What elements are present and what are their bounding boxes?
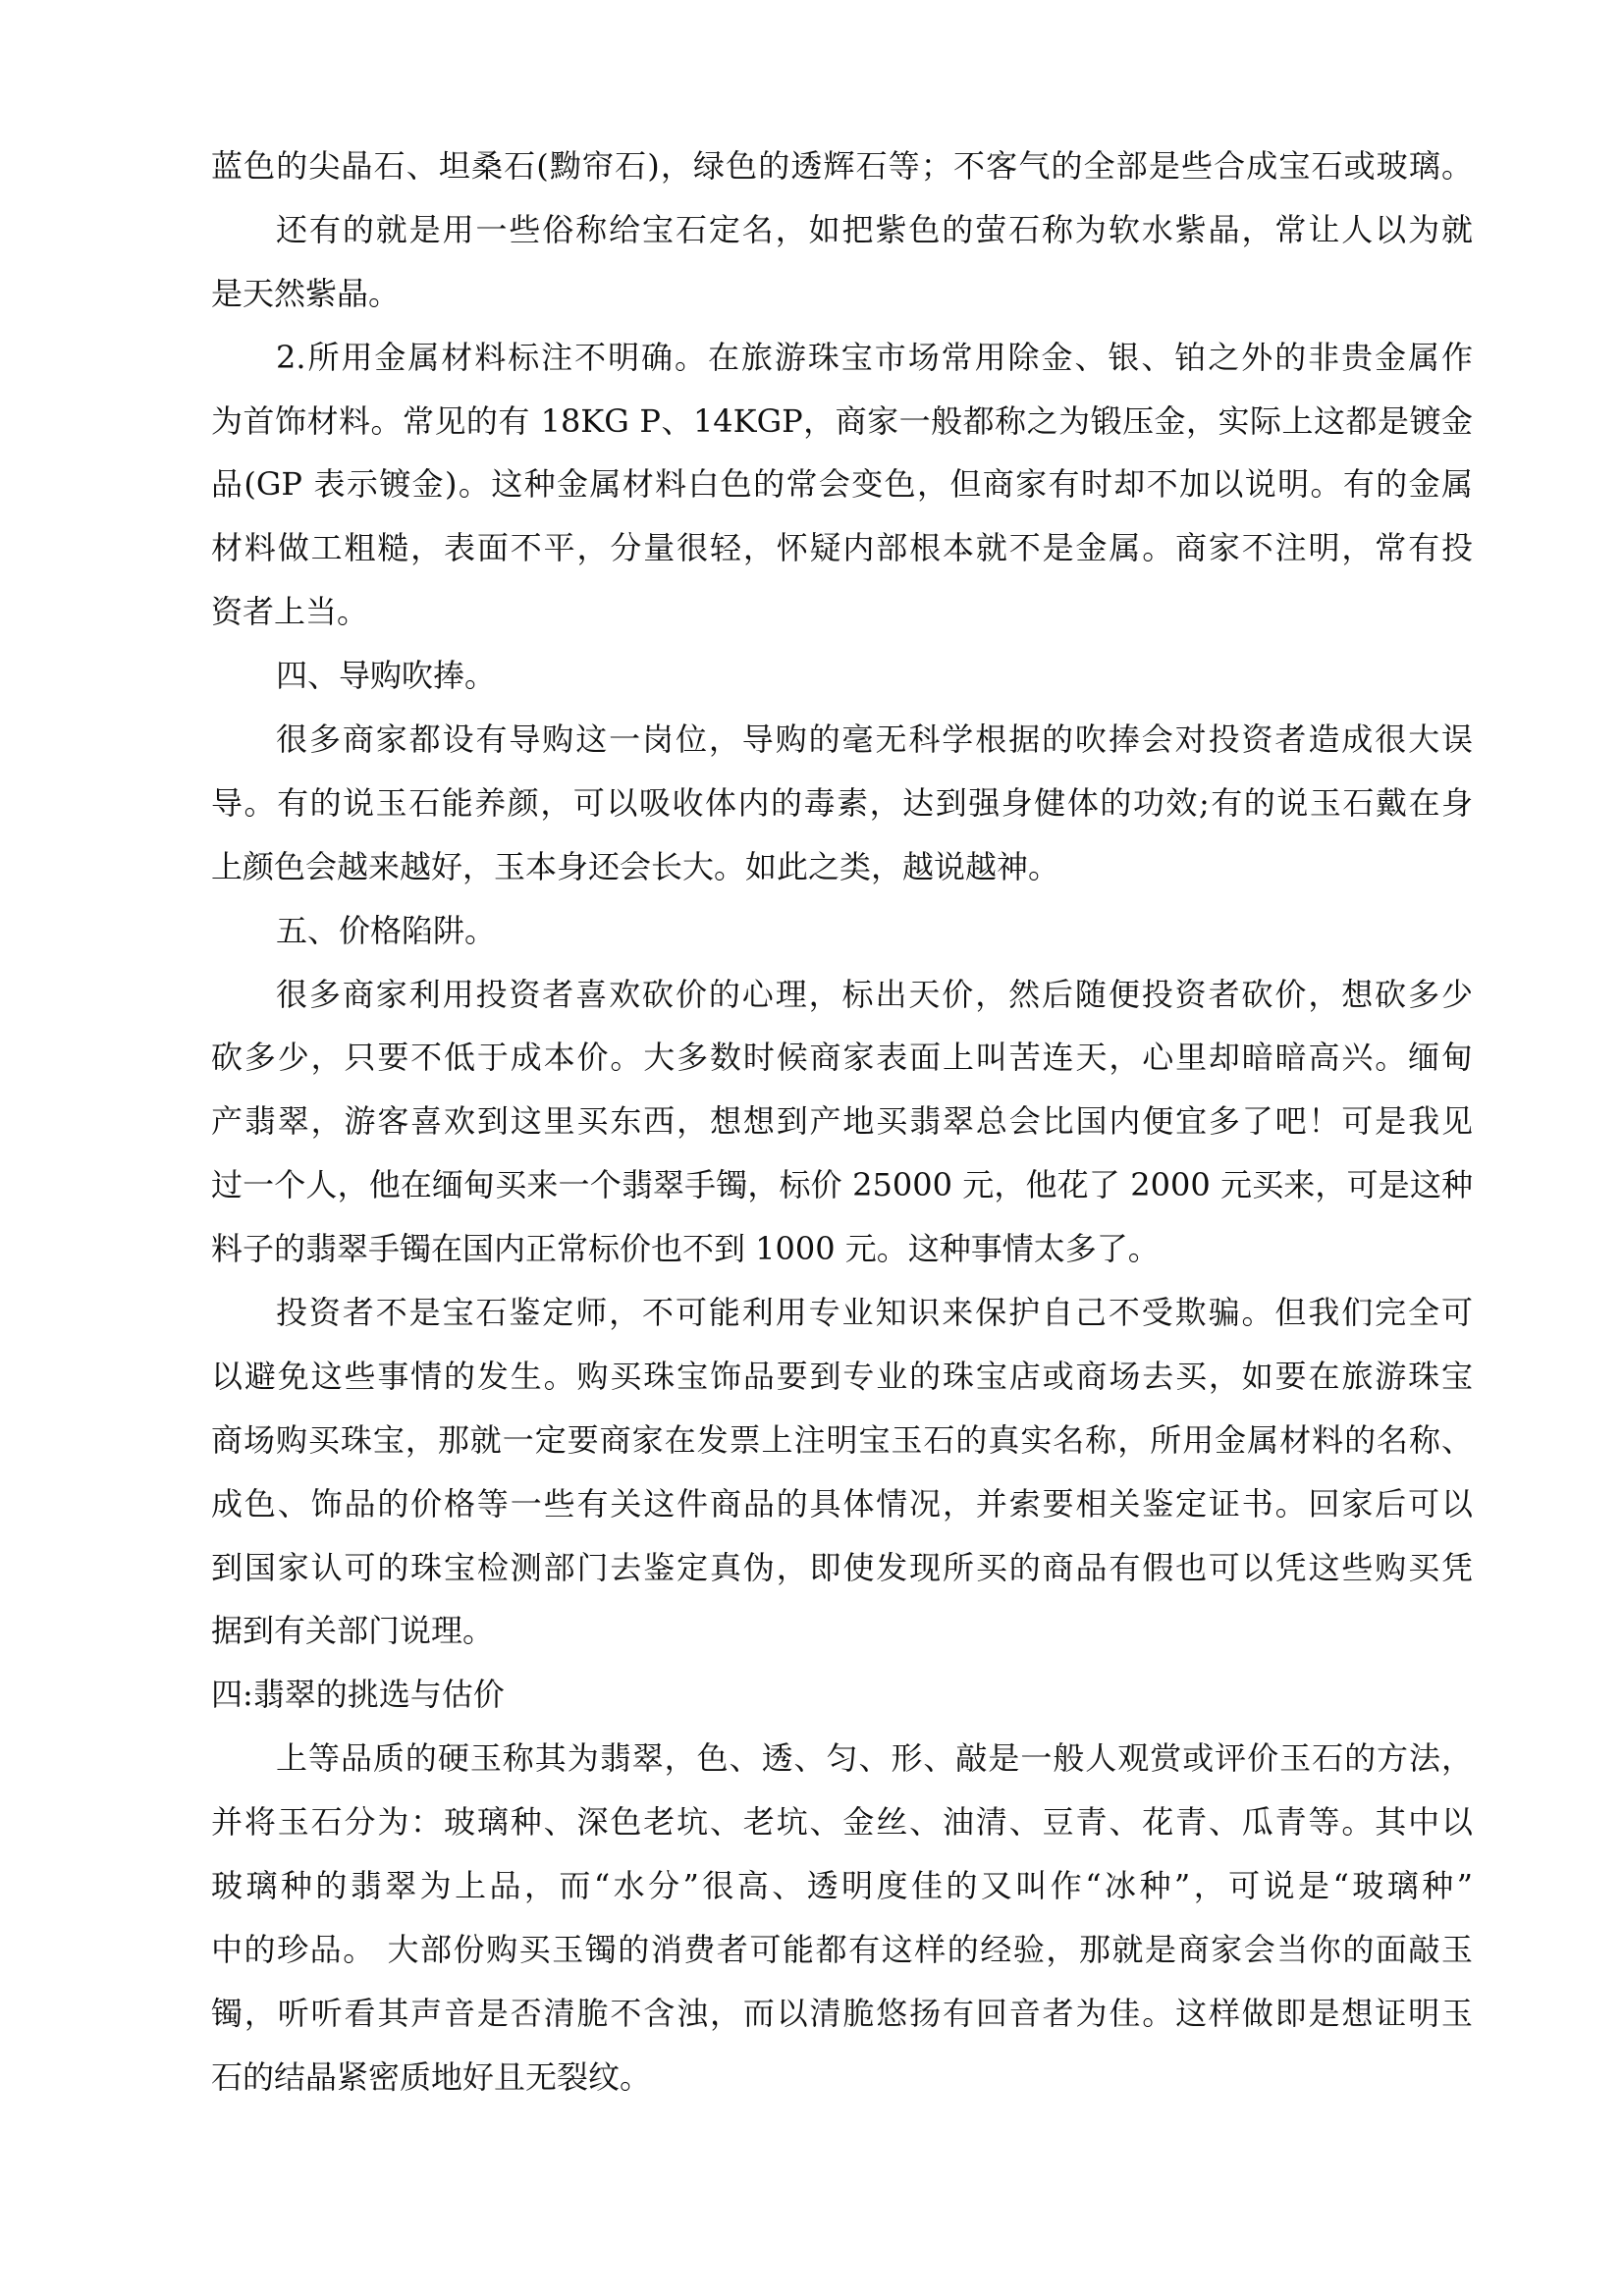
text-line: 品(GP 表示镀金)。这种金属材料白色的常会变色，但商家有时却不加以说明。有的金… — [211, 453, 1473, 516]
text-line: 上颜色会越来越好，玉本身还会长大。如此之类，越说越神。 — [211, 835, 1473, 899]
text-line: 过一个人，他在缅甸买来一个翡翠手镯，标价 25000 元，他花了 2000 元买… — [211, 1153, 1473, 1217]
text-line: 并将玉石分为：玻璃种、深色老坑、老坑、金丝、油清、豆青、花青、瓜青等。其中以 — [211, 1790, 1473, 1854]
text-line: 资者上当。 — [211, 580, 1473, 644]
text-line: 砍多少，只要不低于成本价。大多数时候商家表面上叫苦连天，心里却暗暗高兴。缅甸 — [211, 1026, 1473, 1090]
text-line: 投资者不是宝石鉴定师，不可能利用专业知识来保护自己不受欺骗。但我们完全可 — [211, 1281, 1473, 1345]
text-line: 中的珍品。 大部份购买玉镯的消费者可能都有这样的经验，那就是商家会当你的面敲玉 — [211, 1918, 1473, 1982]
text-line: 2.所用金属材料标注不明确。在旅游珠宝市场常用除金、银、铂之外的非贵金属作 — [211, 326, 1473, 390]
text-line: 四、导购吹捧。 — [211, 644, 1473, 708]
text-line: 很多商家都设有导购这一岗位，导购的毫无科学根据的吹捧会对投资者造成很大误 — [211, 708, 1473, 772]
text-line: 为首饰材料。常见的有 18KG P、14KGP，商家一般都称之为锻压金，实际上这… — [211, 390, 1473, 454]
text-line: 到国家认可的珠宝检测部门去鉴定真伪，即使发现所买的商品有假也可以凭这些购买凭 — [211, 1536, 1473, 1600]
text-line: 蓝色的尖晶石、坦桑石(黝帘石)，绿色的透辉石等；不客气的全部是些合成宝石或玻璃。 — [211, 134, 1473, 198]
text-line: 上等品质的硬玉称其为翡翠，色、透、匀、形、敲是一般人观赏或评价玉石的方法， — [211, 1727, 1473, 1790]
text-line: 材料做工粗糙，表面不平，分量很轻，怀疑内部根本就不是金属。商家不注明，常有投 — [211, 516, 1473, 580]
text-line: 商场购买珠宝，那就一定要商家在发票上注明宝玉石的真实名称，所用金属材料的名称、 — [211, 1409, 1473, 1472]
text-line: 据到有关部门说理。 — [211, 1599, 1473, 1663]
text-line: 五、价格陷阱。 — [211, 899, 1473, 963]
text-line: 镯，听听看其声音是否清脆不含浊，而以清脆悠扬有回音者为佳。这样做即是想证明玉 — [211, 1982, 1473, 2046]
text-line: 导。有的说玉石能养颜，可以吸收体内的毒素，达到强身健体的功效;有的说玉石戴在身 — [211, 772, 1473, 835]
document-page: 蓝色的尖晶石、坦桑石(黝帘石)，绿色的透辉石等；不客气的全部是些合成宝石或玻璃。… — [211, 134, 1473, 2109]
text-line: 以避免这些事情的发生。购买珠宝饰品要到专业的珠宝店或商场去买，如要在旅游珠宝 — [211, 1345, 1473, 1409]
text-line: 产翡翠，游客喜欢到这里买东西，想想到产地买翡翠总会比国内便宜多了吧！可是我见 — [211, 1090, 1473, 1153]
text-line: 还有的就是用一些俗称给宝石定名，如把紫色的萤石称为软水紫晶，常让人以为就 — [211, 198, 1473, 262]
text-line: 成色、饰品的价格等一些有关这件商品的具体情况，并索要相关鉴定证书。回家后可以 — [211, 1472, 1473, 1536]
text-line: 料子的翡翠手镯在国内正常标价也不到 1000 元。这种事情太多了。 — [211, 1217, 1473, 1281]
text-line: 玻璃种的翡翠为上品，而“水分”很高、透明度佳的又叫作“冰种”，可说是“玻璃种” — [211, 1854, 1473, 1918]
text-line: 四:翡翠的挑选与估价 — [211, 1663, 1473, 1727]
text-line: 是天然紫晶。 — [211, 262, 1473, 326]
text-line: 石的结晶紧密质地好且无裂纹。 — [211, 2046, 1473, 2109]
text-line: 很多商家利用投资者喜欢砍价的心理，标出天价，然后随便投资者砍价，想砍多少 — [211, 963, 1473, 1027]
